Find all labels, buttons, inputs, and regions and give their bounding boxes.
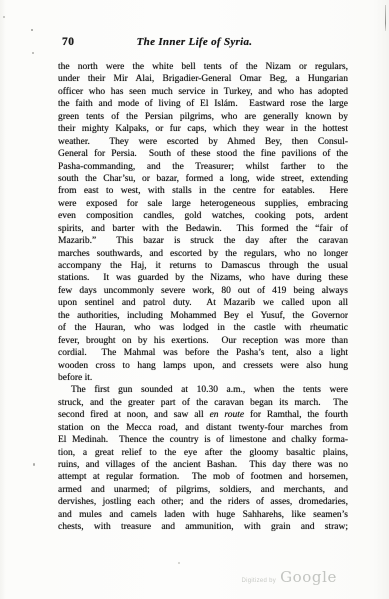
- text-line: their mighty Kalpaks, or fur caps, which…: [58, 123, 348, 135]
- scan-speck: [178, 562, 180, 564]
- text-line: fever, brought on by his exertions. Our …: [58, 335, 348, 347]
- text-line: Mazarib.” This bazar is struck the day a…: [58, 235, 348, 247]
- book-page: 70 The Inner Life of Syria. the north we…: [0, 0, 389, 599]
- text-line: tion, a great relief to the eye after th…: [58, 447, 348, 459]
- running-header: 70 The Inner Life of Syria.: [0, 36, 389, 50]
- text-line: under their Mir Alai, Brigadier-General …: [58, 73, 348, 85]
- text-line: green tents of the Persian pilgrims, who…: [58, 111, 348, 123]
- text-line: the faith and mode of living of El Islám…: [58, 98, 348, 110]
- text-line: struck, and the greater part of the cara…: [58, 397, 348, 409]
- text-line: south the Char’su, or bazar, formed a lo…: [58, 173, 348, 185]
- watermark-prefix-label: Digitized by: [241, 578, 276, 584]
- text-line: of the Hauran, who was lodged in the cas…: [58, 322, 348, 334]
- scan-speck: [33, 463, 35, 466]
- text-line: from east to west, with stalls in the ce…: [58, 185, 348, 197]
- text-line: dervishes, jostling each other; and the …: [58, 496, 348, 508]
- scan-edge-artifact: [385, 5, 386, 31]
- text-line: attempt at regular formation. The mob of…: [58, 471, 348, 483]
- running-title: The Inner Life of Syria.: [0, 36, 389, 48]
- google-logo: Google: [280, 568, 337, 586]
- text-line: stations. It was guarded by the Nizams, …: [58, 272, 348, 284]
- text-line: even composition candles, gold watches, …: [58, 210, 348, 222]
- scan-speck: [3, 16, 5, 18]
- text-line: weather. They were escorted by Ahmed Bey…: [58, 136, 348, 148]
- text-line: station on the Mecca road, and distant t…: [58, 422, 348, 434]
- digitization-watermark: Digitized by Google: [241, 568, 337, 588]
- text-line: before it.: [58, 372, 348, 384]
- text-line: the authorities, including Mohammed Bey …: [58, 310, 348, 322]
- text-line: upon sentinel and patrol duty. At Mazari…: [58, 297, 348, 309]
- text-line: ruins, and villages of the ancient Basha…: [58, 459, 348, 471]
- text-line: spirits, and barter with the Bedawin. Th…: [58, 223, 348, 235]
- text-line: cordial. The Mahmal was before the Pasha…: [58, 347, 348, 359]
- text-line: wooden cross to hang lamps upon, and cre…: [58, 360, 348, 372]
- text-line: El Medinah. Thence the country is of lim…: [58, 434, 348, 446]
- text-line: the north were the white bell tents of t…: [58, 61, 348, 73]
- scan-speck: [31, 29, 33, 31]
- text-line: officer who has seen much service in Tur…: [58, 86, 348, 98]
- scan-speck: [32, 52, 34, 54]
- text-line: Pasha-commanding, and the Treasurer; whi…: [58, 161, 348, 173]
- page-body-text: the north were the white bell tents of t…: [58, 61, 348, 534]
- text-line: accompany the Haj, it returns to Damascu…: [58, 260, 348, 272]
- text-line: second fired at noon, and saw all en rou…: [58, 409, 348, 421]
- text-line: and mules and camels laden with huge Sah…: [58, 509, 348, 521]
- text-line: chests, with treasure and ammunition, wi…: [58, 521, 348, 533]
- text-line: were exposed for sale large heterogeneou…: [58, 198, 348, 210]
- text-line: armed and unarmed; of pilgrims, soldiers…: [58, 484, 348, 496]
- text-line: few days uncommonly severe work, 80 out …: [58, 285, 348, 297]
- text-line: The first gun sounded at 10.30 a.m., whe…: [58, 384, 348, 396]
- text-line: marches southwards, and escorted by the …: [58, 248, 348, 260]
- text-line: General for Persia. South of these stood…: [58, 148, 348, 160]
